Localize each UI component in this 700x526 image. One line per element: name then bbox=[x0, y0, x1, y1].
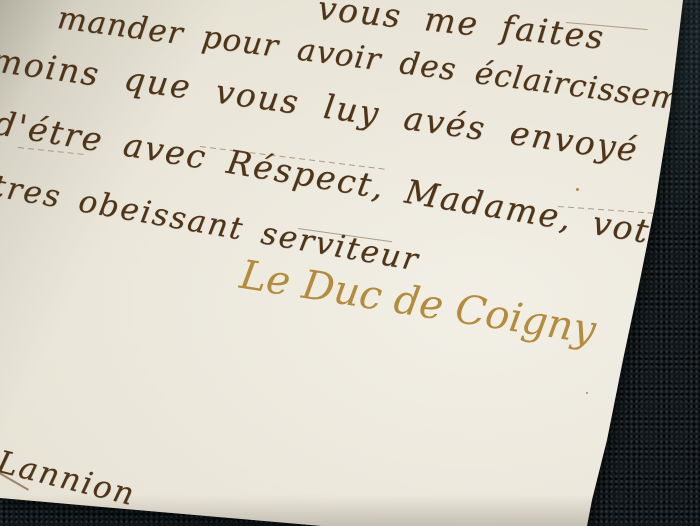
letter-paper-shadow: vous me faites mander pour avoir des écl… bbox=[0, 0, 700, 526]
letter-paper: vous me faites mander pour avoir des écl… bbox=[0, 0, 700, 526]
photo-scene: vous me faites mander pour avoir des écl… bbox=[0, 0, 700, 526]
ink-speck bbox=[576, 188, 579, 191]
ink-speck bbox=[586, 392, 588, 394]
place-note-text: Lannion bbox=[0, 444, 139, 513]
